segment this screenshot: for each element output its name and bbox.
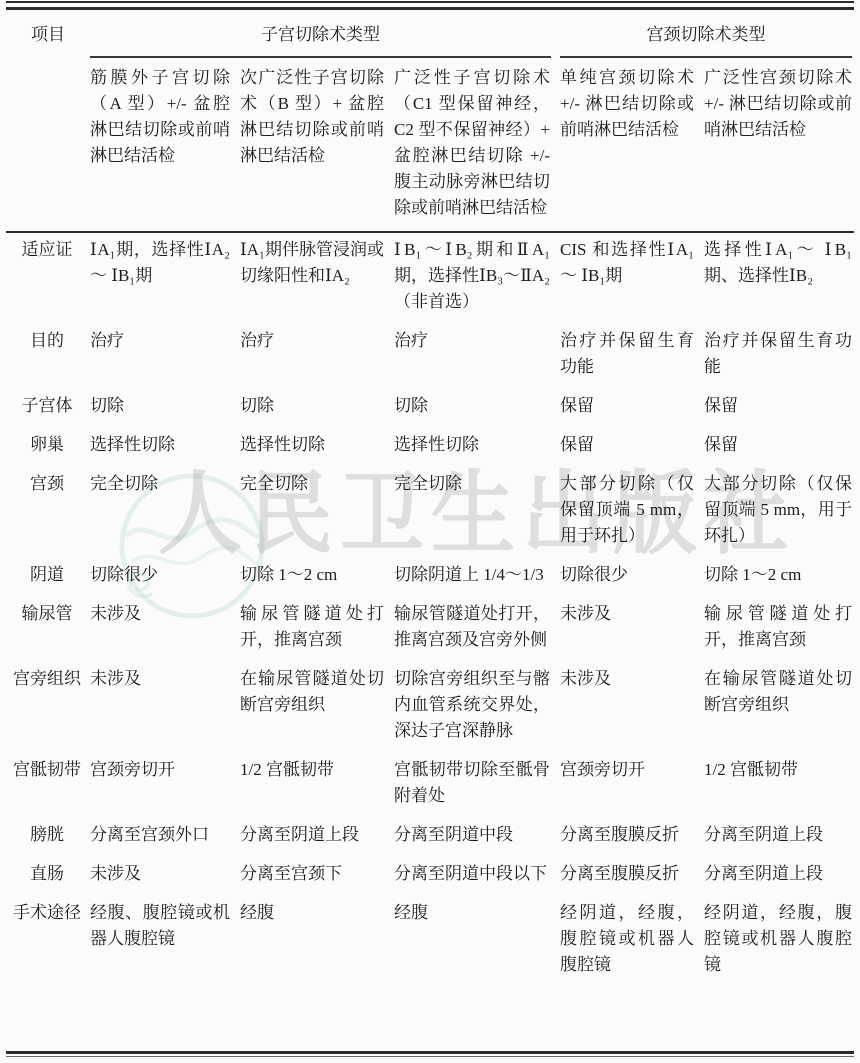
surgery-comparison-table: 项目 子宫切除术类型 宫颈切除术类型 筋膜外子宫切除（A 型）+/- 盆腔淋巴结…	[6, 16, 854, 987]
table-cell: 分离至阴道上段	[240, 818, 394, 857]
table-cell: 分离至宫颈外口	[90, 818, 240, 857]
bottom-rule	[6, 1051, 854, 1057]
table-cell: 分离至阴道上段	[704, 818, 854, 857]
table-cell: 保留	[704, 389, 854, 428]
bottom-rule-thick	[6, 1051, 854, 1054]
table-cell: 大部分切除（仅保留顶端 5 mm，用于环扎）	[704, 467, 854, 558]
table-cell: 切除 1～2 cm	[240, 558, 394, 597]
table-cell: 选择性ⅠA₁～ ⅠB₁期、选择性ⅠB₂	[704, 232, 854, 324]
table-cell: 宫颈旁切开	[560, 753, 704, 818]
bottom-rule-thin	[6, 1056, 854, 1057]
table-cell: 保留	[560, 428, 704, 467]
table-cell: ⅠA₁期伴脉管浸润或切缘阳性和ⅠA₂	[240, 232, 394, 324]
table-cell: 切除	[394, 389, 560, 428]
scanned-table-page: 人民卫生出版社 项目 子宫切除术类型 宫颈切除术类型	[0, 0, 860, 1063]
table-cell: 未涉及	[90, 597, 240, 662]
row-label: 宫颈	[6, 467, 90, 558]
table-row: 阴道 切除很少 切除 1～2 cm 切除阴道上 1/4～1/3 切除很少 切除 …	[6, 558, 854, 597]
row-label: 直肠	[6, 857, 90, 896]
table-cell: 输尿管隧道处打开，推离宫颈	[704, 597, 854, 662]
table-row: 输尿管 未涉及 输尿管隧道处打开，推离宫颈 输尿管隧道处打开，推离宫颈及宫旁外侧…	[6, 597, 854, 662]
table-cell: 输尿管隧道处打开，推离宫颈及宫旁外侧	[394, 597, 560, 662]
column-header-spacer	[6, 58, 90, 232]
table-row: 子宫体 切除 切除 切除 保留 保留	[6, 389, 854, 428]
table-cell: 大部分切除（仅保留顶端 5 mm，用于环扎）	[560, 467, 704, 558]
table-cell: 输尿管隧道处打开，推离宫颈	[240, 597, 394, 662]
table-cell: ⅠA₁期，选择性ⅠA₂～ ⅠB₁期	[90, 232, 240, 324]
table-cell: CIS 和选择性ⅠA₁～ ⅠB₁期	[560, 232, 704, 324]
table-cell: 未涉及	[90, 857, 240, 896]
row-label: 膀胱	[6, 818, 90, 857]
top-rule-thick	[6, 7, 854, 10]
table-cell: 在输尿管隧道处切断宫旁组织	[240, 662, 394, 753]
group-header-hysterectomy-label: 子宫切除术类型	[90, 22, 551, 58]
table-cell: 1/2 宫骶韧带	[704, 753, 854, 818]
table-row: 宫骶韧带 宫颈旁切开 1/2 宫骶韧带 宫骶韧带切除至骶骨附着处 宫颈旁切开 1…	[6, 753, 854, 818]
row-label: 子宫体	[6, 389, 90, 428]
column-header-row: 筋膜外子宫切除（A 型）+/- 盆腔淋巴结切除或前哨淋巴结活检 次广泛性子宫切除…	[6, 58, 854, 232]
table-row: 适应证 ⅠA₁期，选择性ⅠA₂～ ⅠB₁期 ⅠA₁期伴脉管浸润或切缘阳性和ⅠA₂…	[6, 232, 854, 324]
table-row: 膀胱 分离至宫颈外口 分离至阴道上段 分离至阴道中段 分离至腹膜反折 分离至阴道…	[6, 818, 854, 857]
table-sheet: 项目 子宫切除术类型 宫颈切除术类型 筋膜外子宫切除（A 型）+/- 盆腔淋巴结…	[0, 1, 860, 987]
table-cell: 分离至阴道中段以下	[394, 857, 560, 896]
row-label: 目的	[6, 324, 90, 389]
table-cell: 分离至阴道中段	[394, 818, 560, 857]
row-label: 卵巢	[6, 428, 90, 467]
top-rule-thin	[6, 1, 854, 3]
table-cell: 经腹	[240, 896, 394, 987]
table-cell: 分离至腹膜反折	[560, 818, 704, 857]
group-header-row: 项目 子宫切除术类型 宫颈切除术类型	[6, 16, 854, 58]
table-cell: 经腹	[394, 896, 560, 987]
table-cell: 1/2 宫骶韧带	[240, 753, 394, 818]
table-cell: 切除	[240, 389, 394, 428]
table-cell: 保留	[560, 389, 704, 428]
row-label: 宫骶韧带	[6, 753, 90, 818]
table-cell: 宫颈旁切开	[90, 753, 240, 818]
row-label: 输尿管	[6, 597, 90, 662]
column-header: 广泛性宫颈切除术 +/- 淋巴结切除或前哨淋巴结活检	[704, 58, 854, 232]
table-row: 卵巢 选择性切除 选择性切除 选择性切除 保留 保留	[6, 428, 854, 467]
table-cell: 未涉及	[560, 662, 704, 753]
row-label: 阴道	[6, 558, 90, 597]
column-header: 广泛性子宫切除术（C1 型保留神经，C2 型不保留神经）+ 盆腔淋巴结切除 +/…	[394, 58, 560, 232]
row-label: 手术途径	[6, 896, 90, 987]
table-cell: 治疗并保留生育功能	[560, 324, 704, 389]
table-header: 项目 子宫切除术类型 宫颈切除术类型 筋膜外子宫切除（A 型）+/- 盆腔淋巴结…	[6, 16, 854, 232]
table-cell: 分离至宫颈下	[240, 857, 394, 896]
group-header-hysterectomy: 子宫切除术类型	[90, 16, 560, 58]
table-row: 目的 治疗 治疗 治疗 治疗并保留生育功能 治疗并保留生育功能	[6, 324, 854, 389]
corner-label: 项目	[6, 16, 90, 58]
group-header-trachelectomy-label: 宫颈切除术类型	[560, 22, 852, 58]
table-cell: 切除 1～2 cm	[704, 558, 854, 597]
column-header: 筋膜外子宫切除（A 型）+/- 盆腔淋巴结切除或前哨淋巴结活检	[90, 58, 240, 232]
table-cell: 切除很少	[90, 558, 240, 597]
column-header: 次广泛性子宫切除术（B 型）+ 盆腔淋巴结切除或前哨淋巴结活检	[240, 58, 394, 232]
table-row: 手术途径 经腹、腹腔镜或机器人腹腔镜 经腹 经腹 经阴道，经腹，腹腔镜或机器人腹…	[6, 896, 854, 987]
row-label: 适应证	[6, 232, 90, 324]
table-row: 宫颈 完全切除 完全切除 完全切除 大部分切除（仅保留顶端 5 mm，用于环扎）…	[6, 467, 854, 558]
table-cell: 切除	[90, 389, 240, 428]
table-cell: 完全切除	[394, 467, 560, 558]
table-cell: 经阴道，经腹，腹腔镜或机器人腹腔镜	[560, 896, 704, 987]
table-cell: 宫骶韧带切除至骶骨附着处	[394, 753, 560, 818]
group-header-trachelectomy: 宫颈切除术类型	[560, 16, 854, 58]
table-body: 适应证 ⅠA₁期，选择性ⅠA₂～ ⅠB₁期 ⅠA₁期伴脉管浸润或切缘阳性和ⅠA₂…	[6, 232, 854, 987]
table-cell: 治疗	[90, 324, 240, 389]
table-cell: 治疗	[240, 324, 394, 389]
row-label: 宫旁组织	[6, 662, 90, 753]
table-cell: 切除很少	[560, 558, 704, 597]
column-header: 单纯宫颈切除术 +/- 淋巴结切除或前哨淋巴结活检	[560, 58, 704, 232]
table-cell: 保留	[704, 428, 854, 467]
table-cell: 选择性切除	[240, 428, 394, 467]
table-row: 直肠 未涉及 分离至宫颈下 分离至阴道中段以下 分离至腹膜反折 分离至阴道上段	[6, 857, 854, 896]
table-cell: 完全切除	[90, 467, 240, 558]
table-cell: 选择性切除	[394, 428, 560, 467]
table-cell: 分离至阴道上段	[704, 857, 854, 896]
table-cell: 在输尿管隧道处切断宫旁组织	[704, 662, 854, 753]
table-cell: ⅠB₁～ⅠB₂期和ⅡA₁期，选择性ⅠB₃～ⅡA₂（非首选）	[394, 232, 560, 324]
table-cell: 经阴道，经腹，腹腔镜或机器人腹腔镜	[704, 896, 854, 987]
table-cell: 完全切除	[240, 467, 394, 558]
table-cell: 切除宫旁组织至与髂内血管系统交界处，深达子宫深静脉	[394, 662, 560, 753]
table-row: 宫旁组织 未涉及 在输尿管隧道处切断宫旁组织 切除宫旁组织至与髂内血管系统交界处…	[6, 662, 854, 753]
table-cell: 未涉及	[90, 662, 240, 753]
table-cell: 切除阴道上 1/4～1/3	[394, 558, 560, 597]
table-cell: 治疗	[394, 324, 560, 389]
table-cell: 分离至腹膜反折	[560, 857, 704, 896]
table-cell: 经腹、腹腔镜或机器人腹腔镜	[90, 896, 240, 987]
table-cell: 未涉及	[560, 597, 704, 662]
table-cell: 选择性切除	[90, 428, 240, 467]
table-cell: 治疗并保留生育功能	[704, 324, 854, 389]
